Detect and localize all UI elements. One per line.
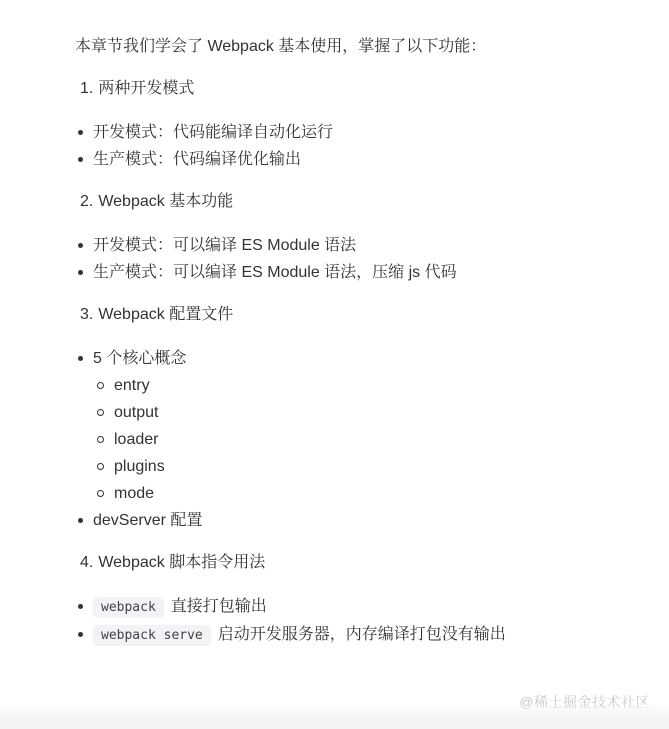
bullet-list-4: webpack直接打包输出 webpack serve启动开发服务器，内存编译打… bbox=[75, 593, 629, 649]
heading-text: Webpack 脚本指令用法 bbox=[98, 554, 265, 571]
watermark: @稀土掘金技术社区 bbox=[519, 692, 650, 712]
heading-text: 两种开发模式 bbox=[98, 80, 194, 97]
list-item: 生产模式：代码编译优化输出 bbox=[75, 146, 629, 173]
heading-text: Webpack 配置文件 bbox=[98, 306, 233, 323]
inline-code: webpack serve bbox=[93, 625, 211, 646]
nested-list: entry output loader plugins mode bbox=[93, 372, 629, 507]
list-item-text: 直接打包输出 bbox=[171, 598, 267, 615]
inline-code: webpack bbox=[93, 597, 164, 618]
list-item: webpack serve启动开发服务器，内存编译打包没有输出 bbox=[75, 621, 629, 649]
numbered-heading-2: 2.Webpack 基本功能 bbox=[75, 188, 629, 215]
nested-list-item: loader bbox=[93, 426, 629, 453]
bullet-list-1: 开发模式：代码能编译自动化运行 生产模式：代码编译优化输出 bbox=[75, 119, 629, 173]
nested-list-item: entry bbox=[93, 372, 629, 399]
article-content: 本章节我们学会了 Webpack 基本使用，掌握了以下功能： 1.两种开发模式 … bbox=[0, 0, 669, 649]
list-number: 4. bbox=[80, 549, 93, 576]
list-item: 开发模式：可以编译 ES Module 语法 bbox=[75, 232, 629, 259]
list-item: webpack直接打包输出 bbox=[75, 593, 629, 621]
numbered-heading-1: 1.两种开发模式 bbox=[75, 75, 629, 102]
nested-list-item: plugins bbox=[93, 453, 629, 480]
nested-list-item: mode bbox=[93, 480, 629, 507]
bullet-list-2: 开发模式：可以编译 ES Module 语法 生产模式：可以编译 ES Modu… bbox=[75, 232, 629, 286]
list-item: 开发模式：代码能编译自动化运行 bbox=[75, 119, 629, 146]
nested-list-item: output bbox=[93, 399, 629, 426]
list-number: 2. bbox=[80, 188, 93, 215]
list-item: devServer 配置 bbox=[75, 507, 629, 534]
list-item-text: 启动开发服务器，内存编译打包没有输出 bbox=[218, 626, 506, 643]
list-number: 1. bbox=[80, 75, 93, 102]
bullet-list-3: 5 个核心概念 entry output loader plugins mode… bbox=[75, 345, 629, 534]
heading-text: Webpack 基本功能 bbox=[98, 193, 233, 210]
numbered-heading-3: 3.Webpack 配置文件 bbox=[75, 301, 629, 328]
list-item: 5 个核心概念 entry output loader plugins mode bbox=[75, 345, 629, 507]
list-number: 3. bbox=[80, 301, 93, 328]
list-item-text: 5 个核心概念 bbox=[93, 350, 186, 367]
list-item: 生产模式：可以编译 ES Module 语法，压缩 js 代码 bbox=[75, 259, 629, 286]
numbered-heading-4: 4.Webpack 脚本指令用法 bbox=[75, 549, 629, 576]
intro-paragraph: 本章节我们学会了 Webpack 基本使用，掌握了以下功能： bbox=[75, 33, 629, 60]
